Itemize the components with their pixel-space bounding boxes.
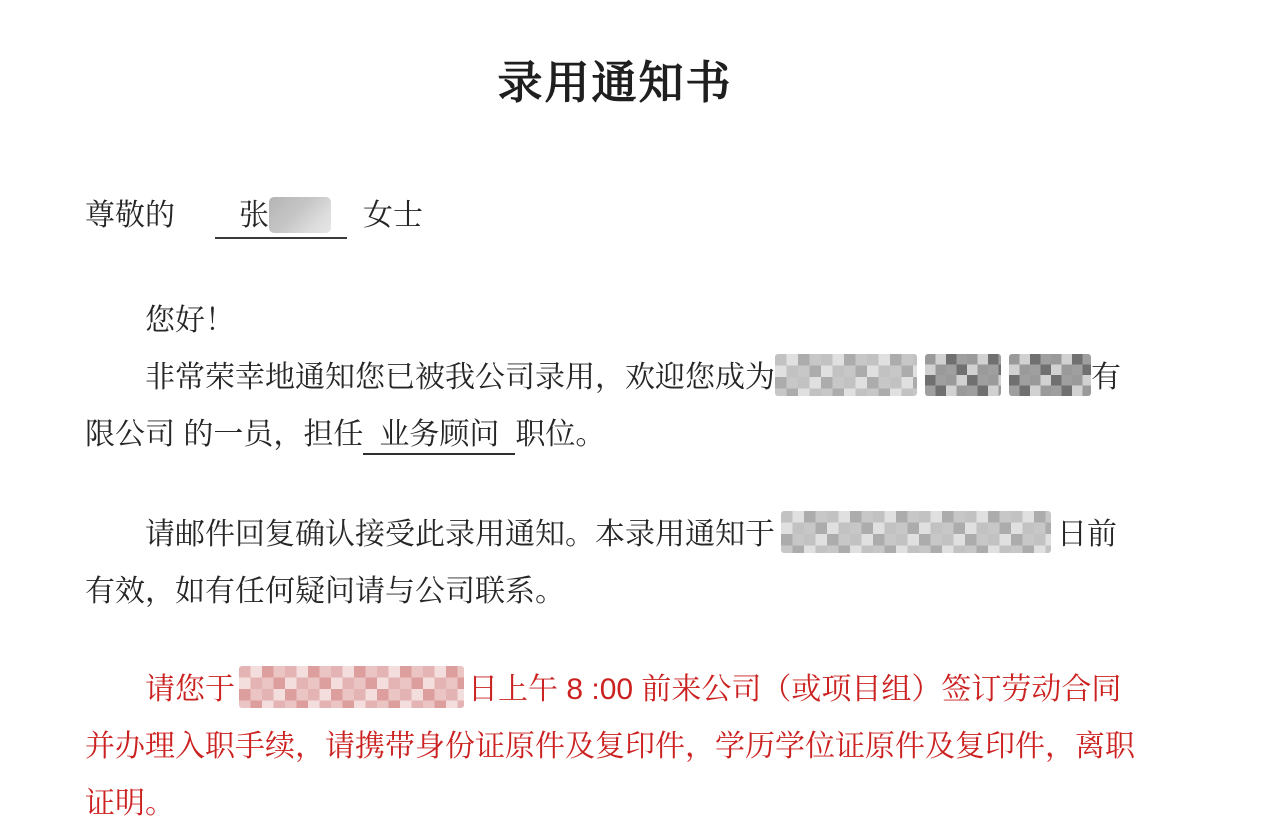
onboarding-paragraph: 请您于日上午 8 :00 前来公司（或项目组）签订劳动合同并办理入职手续，请携带… [85,661,1145,832]
redacted-name-blur [269,197,331,233]
offer-paragraph: 非常荣幸地通知您已被我公司录用，欢迎您成为有限公司 的一员，担任业务顾问职位。 [85,349,1145,463]
confirmation-block: 请邮件回复确认接受此录用通知。本录用通知于日前有效，如有任何疑问请与公司联系。 [85,506,1145,620]
greeting-and-offer-block: 您好！ 非常荣幸地通知您已被我公司录用，欢迎您成为有限公司 的一员，担任业务顾问… [85,292,1145,463]
salutation-suffix: 女士 [363,199,423,232]
confirm-text-before-date: 请邮件回复确认接受此录用通知。本录用通知于 [145,518,775,551]
salutation-line: 尊敬的张女士 [85,187,1145,244]
offer-text-before-company: 非常荣幸地通知您已被我公司录用，欢迎您成为 [145,361,775,394]
onboarding-notice-block: 请您于日上午 8 :00 前来公司（或项目组）签订劳动合同并办理入职手续，请携带… [85,661,1145,832]
confirmation-paragraph: 请邮件回复确认接受此录用通知。本录用通知于日前有效，如有任何疑问请与公司联系。 [85,506,1145,620]
redacted-company-segment-1 [775,354,917,396]
redacted-company-segment-3 [1009,354,1091,396]
recipient-name-underline: 张 [215,197,347,239]
redacted-onboard-date [239,666,464,708]
position-underline: 业务顾问 [363,417,515,455]
redacted-company-segment-2 [925,354,1001,396]
salutation-prefix: 尊敬的 [85,199,175,232]
offer-letter-page: 录用通知书 尊敬的张女士 您好！ 非常荣幸地通知您已被我公司录用，欢迎您成为有限… [0,0,1268,832]
offer-text-after-position: 职位。 [515,418,605,451]
position-title: 业务顾问 [379,418,499,451]
redacted-valid-until-date [781,511,1051,553]
offer-letter-document: 录用通知书 尊敬的张女士 您好！ 非常荣幸地通知您已被我公司录用，欢迎您成为有限… [85,46,1145,832]
greeting-line: 您好！ [85,292,1145,349]
recipient-surname: 张 [239,199,269,232]
document-title: 录用通知书 [85,46,1145,111]
onboard-text-before-date: 请您于 [145,673,235,706]
